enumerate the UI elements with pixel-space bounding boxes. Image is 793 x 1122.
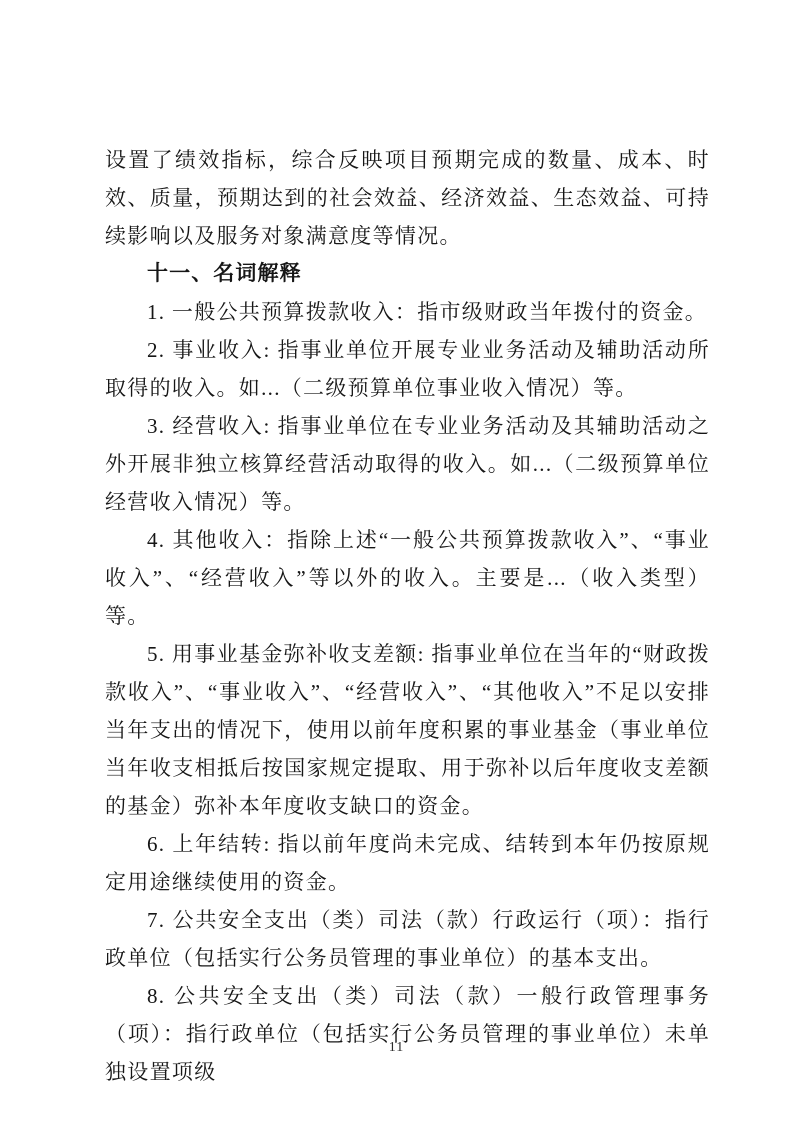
glossary-item-7: 7. 公共安全支出（类）司法（款）行政运行（项）：指行政单位（包括实行公务员管理… (105, 901, 710, 977)
document-body: 设置了绩效指标，综合反映项目预期完成的数量、成本、时效、质量，预期达到的社会效益… (105, 141, 710, 1091)
glossary-item-3: 3. 经营收入: 指事业单位在专业业务活动及其辅助活动之外开展非独立核算经营活动… (105, 407, 710, 521)
section-heading: 十一、名词解释 (105, 255, 710, 293)
glossary-item-4: 4. 其他收入：指除上述“一般公共预算拨款收入”、“事业收入”、“经营收入”等以… (105, 521, 710, 635)
page-number: 11 (0, 1039, 793, 1057)
document-page: 设置了绩效指标，综合反映项目预期完成的数量、成本、时效、质量，预期达到的社会效益… (0, 0, 793, 1122)
paragraph-continuation: 设置了绩效指标，综合反映项目预期完成的数量、成本、时效、质量，预期达到的社会效益… (105, 141, 710, 255)
glossary-item-1: 1. 一般公共预算拨款收入：指市级财政当年拨付的资金。 (105, 293, 710, 331)
glossary-item-8: 8. 公共安全支出（类）司法（款）一般行政管理事务（项）：指行政单位（包括实行公… (105, 977, 710, 1091)
glossary-item-6: 6. 上年结转: 指以前年度尚未完成、结转到本年仍按原规定用途继续使用的资金。 (105, 825, 710, 901)
glossary-item-2: 2. 事业收入: 指事业单位开展专业业务活动及辅助活动所取得的收入。如...（二… (105, 331, 710, 407)
glossary-item-5: 5. 用事业基金弥补收支差额: 指事业单位在当年的“财政拨款收入”、“事业收入”… (105, 635, 710, 825)
